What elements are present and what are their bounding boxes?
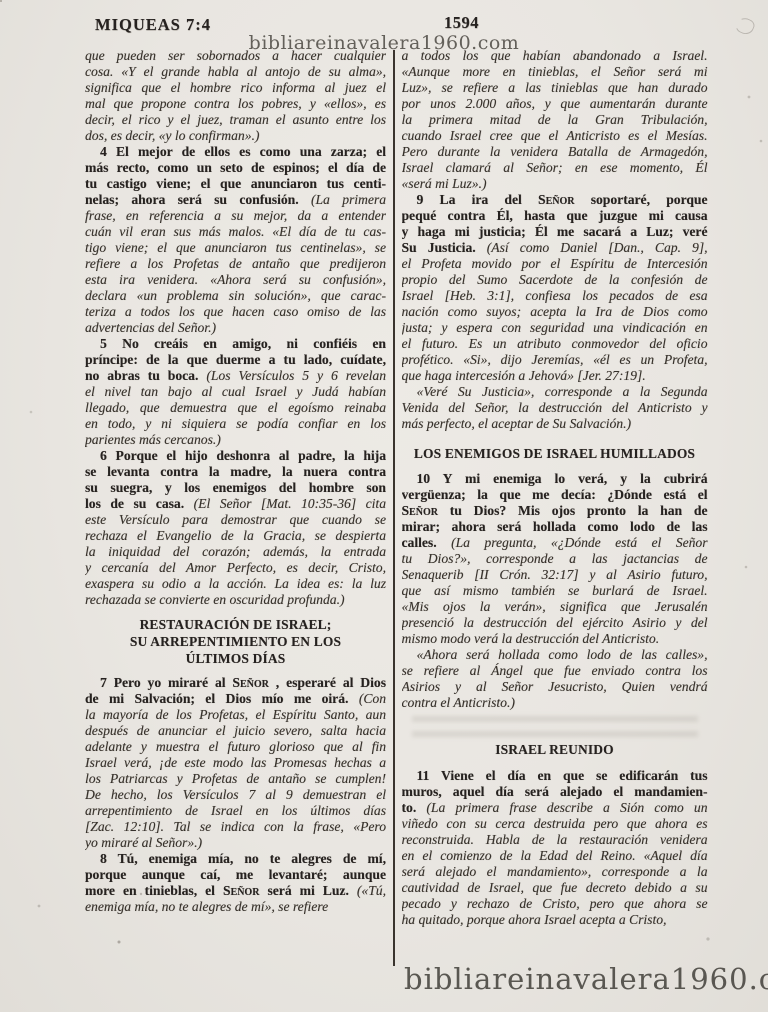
text-segment: mal que propone contra los pobres, y «el… bbox=[85, 96, 386, 111]
text-segment: viñedo con su cerca destruida pero que a… bbox=[402, 816, 708, 831]
text-segment: rechaza el Evangelio de la Gracia, se de… bbox=[85, 528, 386, 543]
text-line: príncipe: de la que duerme a tu lado, cu… bbox=[85, 352, 386, 368]
text-line: Israel [Heb. 3:1], confiesa los pecados … bbox=[402, 288, 708, 304]
text-segment: (El Señor [Mat. 10:35-36] cita bbox=[194, 496, 386, 511]
text-segment: cosa. «Y el grande habla al antojo de su… bbox=[85, 64, 386, 79]
text-line: «Veré Su Justicia», corresponde a la Seg… bbox=[402, 384, 708, 400]
text-segment: cuán vil eran sus más malos. «El día de … bbox=[85, 224, 386, 239]
text-line: Pero durante la venidera Batalla de Arma… bbox=[402, 144, 708, 160]
text-line: dos, es decir, «y lo confirman».) bbox=[85, 128, 386, 144]
text-line: frase, en referencia a su mejor, da a en… bbox=[85, 208, 386, 224]
section-heading: ISRAEL REUNIDO bbox=[402, 741, 708, 758]
text-segment: profético. «Si», dijo Jeremías, «él es u… bbox=[402, 352, 708, 367]
text-segment: el nivel tan bajo al cual Israel y Judá … bbox=[85, 384, 386, 399]
text-segment: (Así como Daniel [Dan., Cap. 9], bbox=[487, 240, 708, 255]
text-line: more en tinieblas, el Señor será mi Luz.… bbox=[85, 883, 386, 899]
text-segment: se levanta contra la madre, la nuera con… bbox=[85, 464, 386, 479]
text-line: después de anunciar el juicio severo, sa… bbox=[85, 723, 386, 739]
text-line: to. (La primera frase describe a Sión co… bbox=[402, 800, 708, 816]
text-segment: adelante y muestra el futuro glorioso qu… bbox=[85, 739, 386, 754]
text-segment: el Profeta movido por el Espíritu de Int… bbox=[402, 256, 708, 271]
text-line: vergüenza; la que me decía: ¿Dónde está … bbox=[402, 487, 708, 503]
text-line: cuán vil eran sus más malos. «El día de … bbox=[85, 224, 386, 240]
text-line: 10 Y mi enemiga lo verá, y la cubrirá bbox=[402, 471, 708, 487]
text-segment: Señor bbox=[538, 192, 574, 207]
text-line: el Profeta movido por el Espíritu de Int… bbox=[402, 256, 708, 272]
text-segment: propio del Sumo Sacerdote de la confesió… bbox=[402, 272, 708, 287]
text-line: pecado y rechazo de Cristo, pero que aho… bbox=[402, 896, 708, 912]
spacer bbox=[402, 432, 708, 445]
text-segment: to. bbox=[402, 800, 427, 815]
text-segment: mismo modo verá la destrucción del Antic… bbox=[402, 631, 660, 646]
text-segment: 10 Y mi enemiga lo verá, y la cubrirá bbox=[417, 471, 708, 486]
text-line: 8 Tú, enemiga mía, no te alegres de mí, bbox=[85, 851, 386, 867]
text-line: propio del Sumo Sacerdote de la confesió… bbox=[402, 272, 708, 288]
text-segment: nelas; ahora será su confusión. bbox=[85, 192, 311, 207]
text-segment: (La pregunta, «¿Dónde está el Señor bbox=[451, 535, 707, 550]
text-segment: después de anunciar el juicio severo, sa… bbox=[85, 723, 386, 738]
text-segment: calles. bbox=[402, 535, 452, 550]
text-line: Israel verá, ¡de este modo las Promesas … bbox=[85, 755, 386, 771]
text-segment: declara «un problema sin solución», que … bbox=[85, 288, 386, 303]
text-line: justa; y espera con seguridad una vindic… bbox=[402, 320, 708, 336]
text-segment: y cercanía del Amor Perfecto, es decir, … bbox=[85, 560, 386, 575]
text-segment: 4 El mejor de ellos es como una zarza; e… bbox=[100, 144, 386, 159]
text-line: por unos 2.000 años, y que aumentarán du… bbox=[402, 96, 708, 112]
text-segment: 7 Pero yo miraré al bbox=[100, 675, 232, 690]
text-line: yo miraré al Señor».) bbox=[85, 835, 386, 851]
text-segment: (Los Versículos 5 y 6 revelan bbox=[206, 368, 386, 383]
text-segment: este Versículo para demostrar que cuando… bbox=[85, 512, 386, 527]
text-segment: pecado y rechazo de Cristo, pero que aho… bbox=[402, 896, 708, 911]
text-segment: «Mis ojos la verán», significa que Jerus… bbox=[402, 599, 708, 614]
text-line: 5 No creáis en amigo, ni confiéis en bbox=[85, 336, 386, 352]
text-segment: (La primera bbox=[311, 192, 386, 207]
two-column-text: que pueden ser sobornados a hacer cualqu… bbox=[85, 48, 713, 968]
text-segment: tu castigo viene; el que anunciaron tus … bbox=[85, 176, 386, 191]
text-line: rechaza el Evangelio de la Gracia, se de… bbox=[85, 528, 386, 544]
text-line: tu castigo viene; el que anunciaron tus … bbox=[85, 176, 386, 192]
text-line: más perfecto, el aceptar de Su Salvación… bbox=[402, 416, 708, 432]
text-segment: porque aunque caí, me levantaré; aunque bbox=[85, 867, 386, 882]
text-segment: muros, aquel día será alejado el mandami… bbox=[402, 784, 708, 799]
text-line: Señor tu Dios? Mis ojos pronto la han de bbox=[402, 503, 708, 519]
text-segment: Israel verá, ¡de este modo las Promesas … bbox=[85, 755, 386, 770]
text-line: adelante y muestra el futuro glorioso qu… bbox=[85, 739, 386, 755]
text-segment: presenció la destrucción del ejército As… bbox=[402, 615, 708, 630]
text-segment: mirar; ahora será hollada como lodo de l… bbox=[402, 519, 708, 534]
text-segment: Señor bbox=[232, 675, 268, 690]
text-line: 9 La ira del Señor soportaré, porque bbox=[402, 192, 708, 208]
text-segment: los de su casa. bbox=[85, 496, 194, 511]
text-segment: (La primera frase describe a Sión como u… bbox=[426, 800, 707, 815]
text-segment: nación como suyos; acepta la Ira de Dios… bbox=[402, 304, 708, 319]
text-segment: que pueden ser sobornados a hacer cualqu… bbox=[85, 48, 386, 63]
text-line: y haga mi justicia; Él me sacará a Luz; … bbox=[402, 224, 708, 240]
text-line: profético. «Si», dijo Jeremías, «él es u… bbox=[402, 352, 708, 368]
watermark-bottom: bibliareinavalera1960.com bbox=[404, 962, 768, 996]
text-line: no abras tu boca. (Los Versículos 5 y 6 … bbox=[85, 368, 386, 384]
text-line: decir, el rico y el juez, traman el asun… bbox=[85, 112, 386, 128]
text-segment: reconstruida. Habla de la restauración v… bbox=[402, 832, 708, 847]
text-segment: que así mismo también se burlará de Isra… bbox=[402, 583, 708, 598]
text-line: será alejado el mandamiento», correspond… bbox=[402, 864, 708, 880]
text-line: mirar; ahora será hollada como lodo de l… bbox=[402, 519, 708, 535]
text-line: nelas; ahora será su confusión. (La prim… bbox=[85, 192, 386, 208]
text-segment: 9 La ira del bbox=[417, 192, 539, 207]
text-segment: Asirios y al Señor Jesucristo, Quien ven… bbox=[402, 679, 708, 694]
text-segment: más recto, como un seto de espinos; el d… bbox=[85, 160, 386, 175]
text-line: el futuro. Es un atributo conmovedor del… bbox=[402, 336, 708, 352]
text-segment: , esperaré al Dios bbox=[276, 675, 386, 690]
text-line: su suegra, y los enemigos del hombre son bbox=[85, 480, 386, 496]
text-segment: 11 Viene el día en que se edificarán tus bbox=[417, 768, 708, 783]
text-segment: contra el Anticristo.) bbox=[402, 695, 515, 710]
text-segment: el futuro. Es un atributo conmovedor del… bbox=[402, 336, 708, 351]
text-segment: cautividad de Israel, que fue decreto de… bbox=[402, 880, 708, 895]
text-segment: tu Dios? Mis ojos pronto la han de bbox=[450, 503, 708, 518]
text-segment: [Zac. 12:10]. Tal se indica con la frase… bbox=[85, 819, 386, 834]
text-line: «Ahora será hollada como lodo de las cal… bbox=[402, 647, 708, 663]
spacer bbox=[85, 608, 386, 616]
text-line: la mayoría de los Profetas, el Espíritu … bbox=[85, 707, 386, 723]
text-line: viñedo con su cerca destruida pero que a… bbox=[402, 816, 708, 832]
text-line: que pueden ser sobornados a hacer cualqu… bbox=[85, 48, 386, 64]
text-line: pequé contra Él, hasta que juzgue mi cau… bbox=[402, 208, 708, 224]
text-line: refiere a los Profetas de antaño que pre… bbox=[85, 256, 386, 272]
text-segment: («Tú, bbox=[357, 883, 386, 898]
text-segment: cuando Israel cree que el Anticristo es … bbox=[402, 128, 708, 143]
text-line: Luz», se refiere a las tinieblas que han… bbox=[402, 80, 708, 96]
text-segment: ha quitado, porque ahora Israel acepta a… bbox=[402, 912, 667, 927]
text-segment: rechazada se convierte en oscuridad prof… bbox=[85, 592, 345, 607]
text-line: Su Justicia. (Así como Daniel [Dan., Cap… bbox=[402, 240, 708, 256]
text-line: nación como suyos; acepta la Ira de Dios… bbox=[402, 304, 708, 320]
text-segment: «Veré Su Justicia», corresponde a la Seg… bbox=[417, 384, 708, 399]
text-segment: tu Dios?», corresponde a las jactancias … bbox=[402, 551, 708, 566]
text-line: más recto, como un seto de espinos; el d… bbox=[85, 160, 386, 176]
text-line: en todo, y ni siquiera se podía confiar … bbox=[85, 416, 386, 432]
text-line: calles. (La pregunta, «¿Dónde está el Se… bbox=[402, 535, 708, 551]
text-line: tigo viene; el que anunciaron tus centin… bbox=[85, 240, 386, 256]
spacer bbox=[402, 758, 708, 768]
text-line: 11 Viene el día en que se edificarán tus bbox=[402, 768, 708, 784]
text-line: la primera mitad de la Gran Tribulación, bbox=[402, 112, 708, 128]
text-line: ha quitado, porque ahora Israel acepta a… bbox=[402, 912, 708, 928]
text-line: porque aunque caí, me levantaré; aunque bbox=[85, 867, 386, 883]
text-segment: advertencias del Señor.) bbox=[85, 320, 216, 335]
text-segment: Señor bbox=[223, 883, 259, 898]
scanned-page: MIQUEAS 7:4 1594 bibliareinavalera1960.c… bbox=[0, 0, 768, 1012]
text-line: parientes más cercanos.) bbox=[85, 432, 386, 448]
text-segment: frase, en referencia a su mejor, da a en… bbox=[85, 208, 386, 223]
text-segment: su suegra, y los enemigos del hombre son bbox=[85, 480, 386, 495]
text-line: cautividad de Israel, que fue decreto de… bbox=[402, 880, 708, 896]
text-segment: decir, el rico y el juez, traman el asun… bbox=[85, 112, 386, 127]
text-line: contra el Anticristo.) bbox=[402, 695, 708, 711]
text-segment: vergüenza; la que me decía: ¿Dónde está … bbox=[402, 487, 708, 502]
text-segment: dos, es decir, «y lo confirman».) bbox=[85, 128, 259, 143]
left-column: que pueden ser sobornados a hacer cualqu… bbox=[85, 48, 386, 968]
text-segment: Pero durante la venidera Batalla de Arma… bbox=[402, 144, 708, 159]
text-line: rechazada se convierte en oscuridad prof… bbox=[85, 592, 386, 608]
text-segment: príncipe: de la que duerme a tu lado, cu… bbox=[85, 352, 386, 367]
paper-speck bbox=[0, 0, 2, 2]
text-segment: De hecho, los Versículos 7 al 9 demuestr… bbox=[85, 787, 386, 802]
spacer bbox=[402, 462, 708, 471]
text-line: tu Dios?», corresponde a las jactancias … bbox=[402, 551, 708, 567]
text-line: 4 El mejor de ellos es como una zarza; e… bbox=[85, 144, 386, 160]
text-segment: more en tinieblas, el bbox=[85, 883, 223, 898]
text-segment: no abras tu boca. bbox=[85, 368, 206, 383]
text-line: Israel clamará al Señor; en ese momento,… bbox=[402, 160, 708, 176]
text-line: en el comienzo de la Edad del Reino. «Aq… bbox=[402, 848, 708, 864]
text-line: mismo modo verá la destrucción del Antic… bbox=[402, 631, 708, 647]
text-line: muros, aquel día será alejado el mandami… bbox=[402, 784, 708, 800]
text-segment: los Patriarcas y Profetas de antaño se c… bbox=[85, 771, 386, 786]
text-line: presenció la destrucción del ejército As… bbox=[402, 615, 708, 631]
text-segment: (Con bbox=[359, 691, 386, 706]
text-segment: Senaquerib [II Crón. 32:17] y al Asirio … bbox=[402, 567, 708, 582]
text-line: De hecho, los Versículos 7 al 9 demuestr… bbox=[85, 787, 386, 803]
text-line: declara «un problema sin solución», que … bbox=[85, 288, 386, 304]
text-line: Asirios y al Señor Jesucristo, Quien ven… bbox=[402, 679, 708, 695]
section-heading: LOS ENEMIGOS DE ISRAEL HUMILLADOS bbox=[402, 445, 708, 462]
text-segment: tigo viene; el que anunciaron tus centin… bbox=[85, 240, 386, 255]
text-segment: «Ahora será hollada como lodo de las cal… bbox=[417, 647, 708, 662]
text-segment: en el comienzo de la Edad del Reino. «Aq… bbox=[402, 848, 708, 863]
text-segment: Venida del Señor, la destrucción del Ant… bbox=[402, 400, 708, 415]
text-segment: «será mi Luz».) bbox=[402, 176, 487, 191]
text-line: y cercanía del Amor Perfecto, es decir, … bbox=[85, 560, 386, 576]
text-line: 7 Pero yo miraré al Señor , esperaré al … bbox=[85, 675, 386, 691]
text-segment: teriza a todos los que hacen caso omiso … bbox=[85, 304, 386, 319]
text-line: [Zac. 12:10]. Tal se indica con la frase… bbox=[85, 819, 386, 835]
text-segment: refiere a los Profetas de antaño que pre… bbox=[85, 256, 386, 271]
text-line: exaspera su odio a la acción. La idea es… bbox=[85, 576, 386, 592]
text-line: «Mis ojos la verán», significa que Jerus… bbox=[402, 599, 708, 615]
text-segment: esta ira venidera. «Ahora será su confus… bbox=[85, 272, 386, 287]
text-segment: llegado, que demuestra que el egoísmo re… bbox=[85, 400, 386, 415]
column-divider bbox=[393, 50, 395, 966]
right-column: a todos los que habían abandonado a Isra… bbox=[402, 48, 708, 968]
text-segment: enemiga mía, no te alegres de mí», se re… bbox=[85, 899, 328, 914]
text-line: Venida del Señor, la destrucción del Ant… bbox=[402, 400, 708, 416]
text-segment: pequé contra Él, hasta que juzgue mi cau… bbox=[402, 208, 708, 223]
text-line: reconstruida. Habla de la restauración v… bbox=[402, 832, 708, 848]
text-line: enemiga mía, no te alegres de mí», se re… bbox=[85, 899, 386, 915]
text-segment: exaspera su odio a la acción. La idea es… bbox=[85, 576, 386, 591]
text-line: mal que propone contra los pobres, y «el… bbox=[85, 96, 386, 112]
text-line: advertencias del Señor.) bbox=[85, 320, 386, 336]
text-line: se refiere al Ángel que fue enviado cont… bbox=[402, 663, 708, 679]
text-segment: yo miraré al Señor».) bbox=[85, 835, 202, 850]
text-segment: de mi Salvación; el Dios mío me oirá. bbox=[85, 691, 359, 706]
text-line: teriza a todos los que hacen caso omiso … bbox=[85, 304, 386, 320]
section-heading: RESTAURACIÓN DE ISRAEL; bbox=[85, 616, 386, 633]
text-line: que así mismo también se burlará de Isra… bbox=[402, 583, 708, 599]
text-line: los Patriarcas y Profetas de antaño se c… bbox=[85, 771, 386, 787]
text-segment: más perfecto, el aceptar de Su Salvación… bbox=[402, 416, 632, 431]
text-segment: justa; y espera con seguridad una vindic… bbox=[402, 320, 708, 335]
text-line: la iniquidad del corazón; además, la ent… bbox=[85, 544, 386, 560]
text-segment: en todo, y ni siquiera se podía confiar … bbox=[85, 416, 386, 431]
text-segment: por unos 2.000 años, y que aumentarán du… bbox=[402, 96, 708, 111]
text-segment: 8 Tú, enemiga mía, no te alegres de mí, bbox=[100, 851, 386, 866]
text-line: llegado, que demuestra que el egoísmo re… bbox=[85, 400, 386, 416]
text-segment: que haga intercesión a Jehová» [Jer. 27:… bbox=[402, 368, 646, 383]
text-segment: arrepentimiento de Israel en los últimos… bbox=[85, 803, 386, 818]
text-line: esta ira venidera. «Ahora será su confus… bbox=[85, 272, 386, 288]
text-line: que haga intercesión a Jehová» [Jer. 27:… bbox=[402, 368, 708, 384]
text-segment: «Aunque more en tinieblas, el Señor será… bbox=[402, 64, 708, 79]
text-segment: parientes más cercanos.) bbox=[85, 432, 221, 447]
text-segment: la iniquidad del corazón; además, la ent… bbox=[85, 544, 386, 559]
text-segment: significa que el hombre rico informa al … bbox=[85, 80, 386, 95]
text-segment: se refiere al Ángel que fue enviado cont… bbox=[402, 663, 708, 678]
text-segment: soportaré, porque bbox=[591, 192, 708, 207]
text-segment: y haga mi justicia; Él me sacará a Luz; … bbox=[402, 224, 708, 239]
bleed-through-ghost bbox=[412, 713, 698, 739]
text-segment: será mi Luz. bbox=[267, 883, 356, 898]
text-segment: Israel [Heb. 3:1], confiesa los pecados … bbox=[402, 288, 708, 303]
text-segment: será alejado el mandamiento», correspond… bbox=[402, 864, 708, 879]
text-line: «Aunque more en tinieblas, el Señor será… bbox=[402, 64, 708, 80]
section-heading: ÚLTIMOS DÍAS bbox=[85, 650, 386, 667]
text-segment: Su Justicia. bbox=[402, 240, 487, 255]
text-segment: Señor bbox=[402, 503, 438, 518]
text-line: arrepentimiento de Israel en los últimos… bbox=[85, 803, 386, 819]
text-line: de mi Salvación; el Dios mío me oirá. (C… bbox=[85, 691, 386, 707]
spacer bbox=[85, 667, 386, 675]
text-segment: Luz», se refiere a las tinieblas que han… bbox=[402, 80, 708, 95]
text-segment: 5 No creáis en amigo, ni confiéis en bbox=[100, 336, 386, 351]
text-line: Senaquerib [II Crón. 32:17] y al Asirio … bbox=[402, 567, 708, 583]
text-segment: Israel clamará al Señor; en ese momento,… bbox=[402, 160, 708, 175]
text-segment: la primera mitad de la Gran Tribulación, bbox=[402, 112, 708, 127]
text-line: cosa. «Y el grande habla al antojo de su… bbox=[85, 64, 386, 80]
text-line: los de su casa. (El Señor [Mat. 10:35-36… bbox=[85, 496, 386, 512]
text-segment: 6 Porque el hijo deshonra al padre, la h… bbox=[100, 448, 386, 463]
text-line: significa que el hombre rico informa al … bbox=[85, 80, 386, 96]
text-segment: a todos los que habían abandonado a Isra… bbox=[402, 48, 708, 63]
text-segment: la mayoría de los Profetas, el Espíritu … bbox=[85, 707, 386, 722]
text-line: 6 Porque el hijo deshonra al padre, la h… bbox=[85, 448, 386, 464]
text-line: se levanta contra la madre, la nuera con… bbox=[85, 464, 386, 480]
text-line: este Versículo para demostrar que cuando… bbox=[85, 512, 386, 528]
text-line: el nivel tan bajo al cual Israel y Judá … bbox=[85, 384, 386, 400]
text-line: «será mi Luz».) bbox=[402, 176, 708, 192]
section-heading: SU ARREPENTIMIENTO EN LOS bbox=[85, 633, 386, 650]
text-line: cuando Israel cree que el Anticristo es … bbox=[402, 128, 708, 144]
page-number: 1594 bbox=[444, 13, 479, 33]
text-line: a todos los que habían abandonado a Isra… bbox=[402, 48, 708, 64]
